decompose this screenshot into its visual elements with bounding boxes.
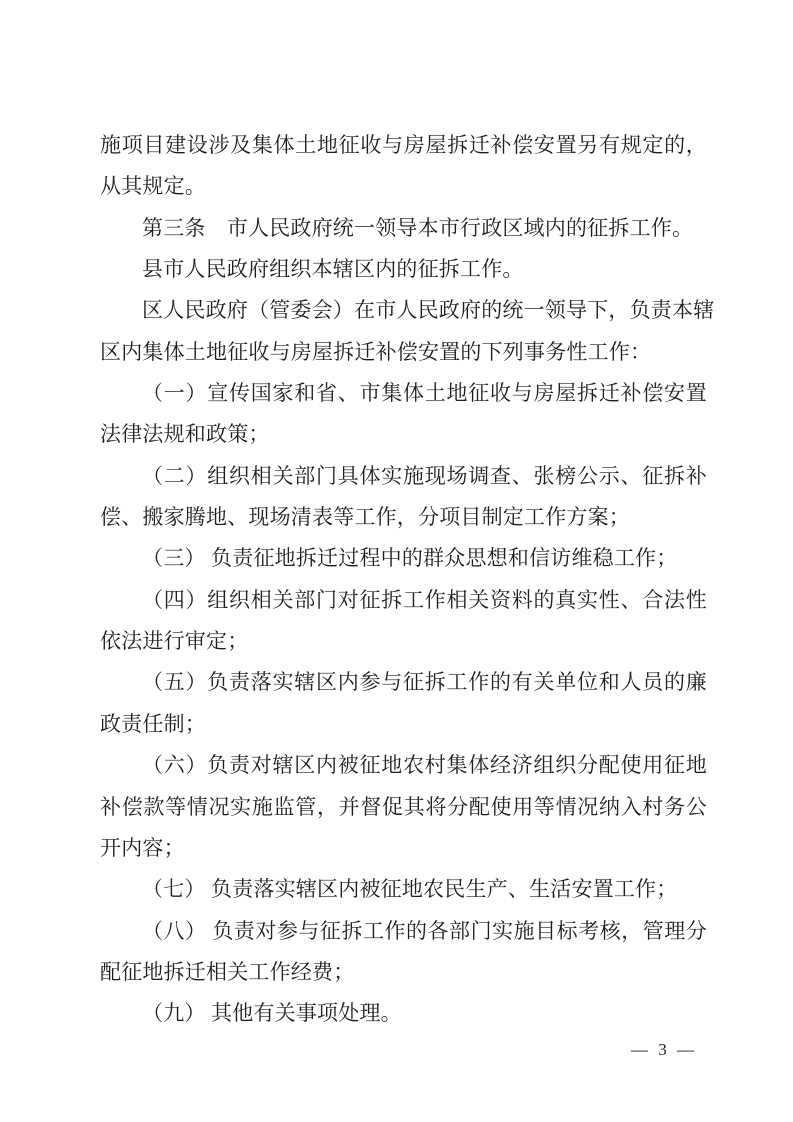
text-line: 区人民政府（管委会）在市人民政府的统一领导下，负责本辖 (142, 290, 707, 331)
text-line: （四）组织相关部门对征拆工作相关资料的真实性、合法性 (142, 580, 707, 621)
text-line: 区内集体土地征收与房屋拆迁补偿安置的下列事务性工作： (100, 332, 707, 373)
document-page: 施项目建设涉及集体土地征收与房屋拆迁补偿安置另有规定的，从其规定。第三条 市人民… (0, 0, 793, 1122)
text-line: （三） 负责征地拆迁过程中的群众思想和信访维稳工作； (142, 538, 707, 579)
text-line: 偿、搬家腾地、现场清表等工作，分项目制定工作方案； (100, 497, 707, 538)
text-line: 开内容； (100, 828, 707, 869)
text-line: （八） 负责对参与征拆工作的各部门实施目标考核，管理分 (142, 911, 707, 952)
text-line: （六）负责对辖区内被征地农村集体经济组织分配使用征地 (142, 745, 707, 786)
text-line: （一）宣传国家和省、市集体土地征收与房屋拆迁补偿安置 (142, 373, 707, 414)
text-line: 补偿款等情况实施监管，并督促其将分配使用等情况纳入村务公 (100, 787, 707, 828)
text-line: 第三条 市人民政府统一领导本市行政区域内的征拆工作。 (142, 208, 707, 249)
text-line: 从其规定。 (100, 166, 707, 207)
text-line: 县市人民政府组织本辖区内的征拆工作。 (142, 249, 707, 290)
text-line: 施项目建设涉及集体土地征收与房屋拆迁补偿安置另有规定的， (100, 125, 707, 166)
text-line: 配征地拆迁相关工作经费； (100, 952, 707, 993)
document-body: 施项目建设涉及集体土地征收与房屋拆迁补偿安置另有规定的，从其规定。第三条 市人民… (100, 125, 707, 1035)
text-line: 法律法规和政策； (100, 414, 707, 455)
text-line: 依法进行审定； (100, 621, 707, 662)
page-number: — 3 — (631, 1040, 697, 1060)
text-line: （二）组织相关部门具体实施现场调查、张榜公示、征拆补 (142, 456, 707, 497)
text-line: （五）负责落实辖区内参与征拆工作的有关单位和人员的廉 (142, 662, 707, 703)
text-line: （七） 负责落实辖区内被征地农民生产、生活安置工作； (142, 869, 707, 910)
text-line: （九） 其他有关事项处理。 (142, 993, 707, 1034)
text-line: 政责任制； (100, 704, 707, 745)
